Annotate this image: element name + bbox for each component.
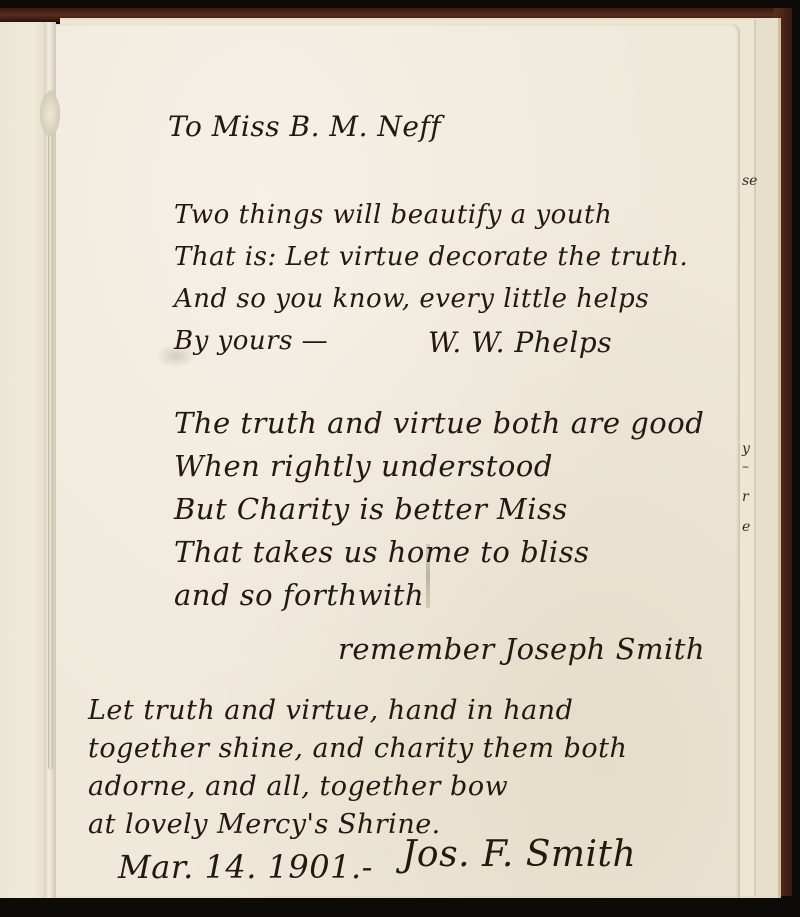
entry-2-verse: The truth and virtue both are good When … — [174, 402, 704, 617]
binding-knot — [40, 92, 60, 136]
verse-line: That takes us home to bliss — [174, 531, 704, 574]
verse-line: When rightly understood — [174, 445, 704, 488]
verse-line: But Charity is better Miss — [174, 488, 704, 531]
verse-line: adorne, and all, together bow — [88, 768, 627, 806]
verse-line: The truth and virtue both are good — [174, 402, 704, 445]
signature-joseph-smith: remember Joseph Smith — [338, 632, 705, 666]
signature-phelps: W. W. Phelps — [428, 326, 612, 359]
entry-3-verse: Let truth and virtue, hand in hand toget… — [88, 692, 627, 844]
verse-line: and so forthwith — [174, 574, 704, 617]
signature-jos-f-smith: Jos. F. Smith — [402, 834, 636, 875]
binding-thread — [48, 90, 53, 770]
dedication-line: To Miss B. M. Neff — [168, 110, 441, 143]
album-photo: se y – r e To Miss B. M. Neff Two things… — [0, 0, 800, 917]
entry-date: Mar. 14. 1901.- — [118, 848, 373, 886]
verse-line: Two things will beautify a youth — [174, 194, 688, 236]
background-shadow — [0, 898, 800, 917]
verse-line: together shine, and charity them both — [88, 730, 627, 768]
album-page: To Miss B. M. Neff Two things will beaut… — [56, 24, 740, 898]
verse-line: Let truth and virtue, hand in hand — [88, 692, 627, 730]
verse-line: That is: Let virtue decorate the truth. — [174, 236, 688, 278]
verse-line: And so you know, every little helps — [174, 278, 688, 320]
left-page-edge — [0, 22, 48, 900]
